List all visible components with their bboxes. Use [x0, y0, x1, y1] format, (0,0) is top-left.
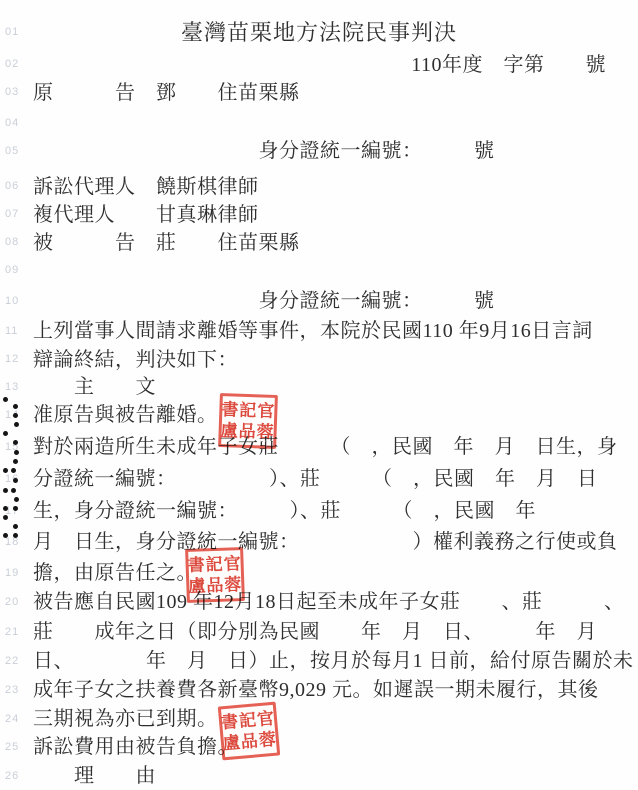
margin-dot [3, 506, 8, 511]
plaintiff-id-line: 身分證統一編號： 號 [0, 138, 638, 164]
margin-dot [13, 506, 18, 511]
main-text-heading: 主 文 [0, 374, 638, 400]
co-attorney-line: 複代理人 甘真琳律師 [0, 202, 638, 228]
stamp-name: 盧品蓉 [222, 731, 277, 753]
margin-dot [13, 533, 18, 538]
margin-dot [14, 450, 19, 455]
margin-dot [3, 468, 8, 473]
stamp-role: 書記官 [221, 401, 276, 420]
margin-line-number: 09 [5, 265, 19, 276]
margin-dot [13, 478, 18, 483]
margin-dot [3, 397, 8, 402]
text-line: 擔，由原告任之。 [0, 560, 638, 586]
margin-dot [11, 488, 16, 493]
case-number-line: 110年度 字第 號 [0, 52, 638, 78]
stamp-role: 書記官 [187, 555, 242, 574]
margin-dot [3, 488, 8, 493]
margin-dot [13, 459, 18, 464]
margin-dot [13, 524, 18, 529]
text-line: 分證統一編號： ）、莊 （ ，民國 年 月 日 [0, 466, 638, 492]
text-line: 月 日生，身分證統一編號： ）權利義務之行使或負 [0, 529, 638, 555]
margin-dot [3, 515, 8, 520]
margin-dot [3, 431, 8, 436]
margin-dot [13, 440, 18, 445]
stamp-name: 盧品蓉 [188, 576, 243, 595]
margin-dot [13, 404, 18, 409]
plaintiff-line: 原 告 鄧 住苗栗縣 [0, 80, 638, 106]
margin-dot [3, 533, 8, 538]
clerk-stamp: 書記官 盧品蓉 [218, 702, 280, 761]
margin-dot [11, 468, 16, 473]
defendant-id-line: 身分證統一編號： 號 [0, 288, 638, 314]
text-line: 上列當事人間請求離婚等事件，本院於民國110 年9月16日言詞 [0, 318, 638, 344]
stamp-role: 書記官 [220, 709, 275, 731]
clerk-stamp: 書記官 盧品蓉 [218, 393, 278, 449]
text-line: 三期視為亦已到期。 [0, 706, 638, 732]
text-line: 日、 年 月 日）止，按月於每月1 日前，給付原告關於未 [0, 648, 638, 674]
attorney-line: 訴訟代理人 饒斯棋律師 [0, 174, 638, 200]
text-line: 成年子女之扶養費各新臺幣9,029 元。如遲誤一期未履行，其後 [0, 677, 638, 703]
margin-line-number: 04 [5, 118, 19, 129]
clerk-stamp: 書記官 盧品蓉 [185, 547, 245, 603]
text-line: 莊 成年之日（即分別為民國 年 月 日、 年 月 [0, 619, 638, 645]
text-line: 被告應自民國109 年12月18日起至未成年子女莊 、莊 、 [0, 589, 638, 615]
stamp-name: 盧品蓉 [220, 422, 275, 441]
court-title: 臺灣苗栗地方法院民事判決 [0, 20, 638, 46]
text-line: 准原告與被告離婚。 [0, 402, 638, 428]
margin-dot [13, 413, 18, 418]
reason-heading: 理 由 [0, 763, 638, 789]
judgment-document-page: 01 02 03 04 05 06 07 08 09 10 11 12 13 1… [0, 0, 638, 790]
text-line: 對於兩造所生未成年子女莊 （ ，民國 年 月 日生，身 [0, 434, 638, 460]
text-line: 訴訟費用由被告負擔。 [0, 734, 638, 760]
margin-dot [14, 422, 19, 427]
text-line: 辯論終結，判決如下： [0, 347, 638, 373]
defendant-line: 被 告 莊 住苗栗縣 [0, 230, 638, 256]
margin-dot [14, 497, 19, 502]
text-line: 生，身分證統一編號： ）、莊 （ ，民國 年 [0, 498, 638, 524]
